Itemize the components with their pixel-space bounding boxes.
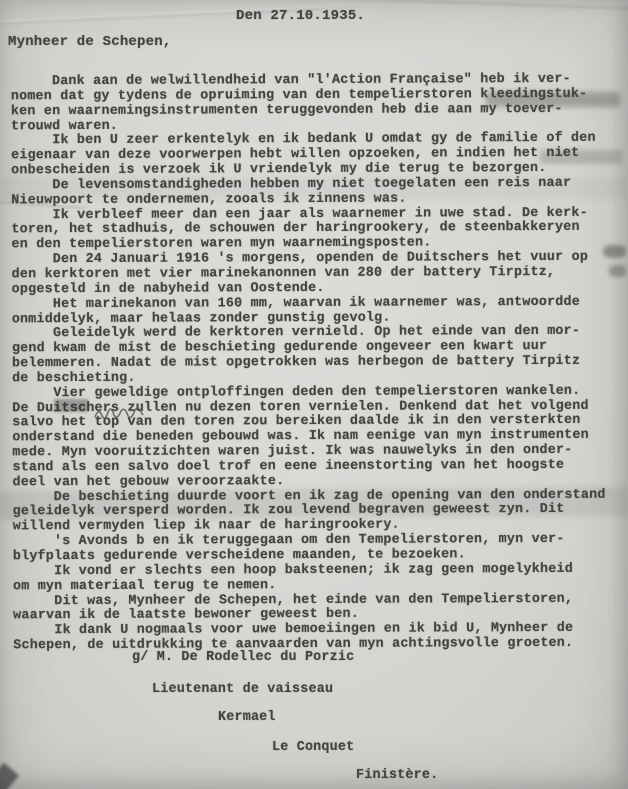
- text-line: ken en waarnemingsinstrumenten teruggevo…: [11, 102, 604, 119]
- signature-residence: Kermael: [218, 710, 276, 725]
- signature-department: Finistère.: [356, 768, 438, 783]
- letter-body: Dank aan de welwillendheid van "l'Action…: [11, 73, 607, 654]
- signature-name: g/ M. De Rodellec du Porzic: [132, 650, 354, 665]
- letter-date: Den 27.10.1935.: [236, 8, 365, 24]
- ink-blot: [603, 245, 626, 258]
- text-line: belemmeren. Nadat de mist opgetrokken wa…: [12, 355, 605, 372]
- scanned-letter-page: Den 27.10.1935. Mynheer de Schepen, Dank…: [0, 0, 628, 789]
- signature-rank: Lieutenant de vaisseau: [152, 682, 333, 697]
- text-line: stand als een salvo doel trof en eene in…: [12, 459, 605, 476]
- ink-blot: [609, 265, 626, 277]
- corner-fold-mark: [0, 763, 19, 789]
- letter-salutation: Mynheer de Schepen,: [8, 34, 171, 50]
- text-line: Ik vond er slechts een hoop baksteenen; …: [13, 563, 606, 580]
- signature-place: Le Conquet: [272, 740, 354, 755]
